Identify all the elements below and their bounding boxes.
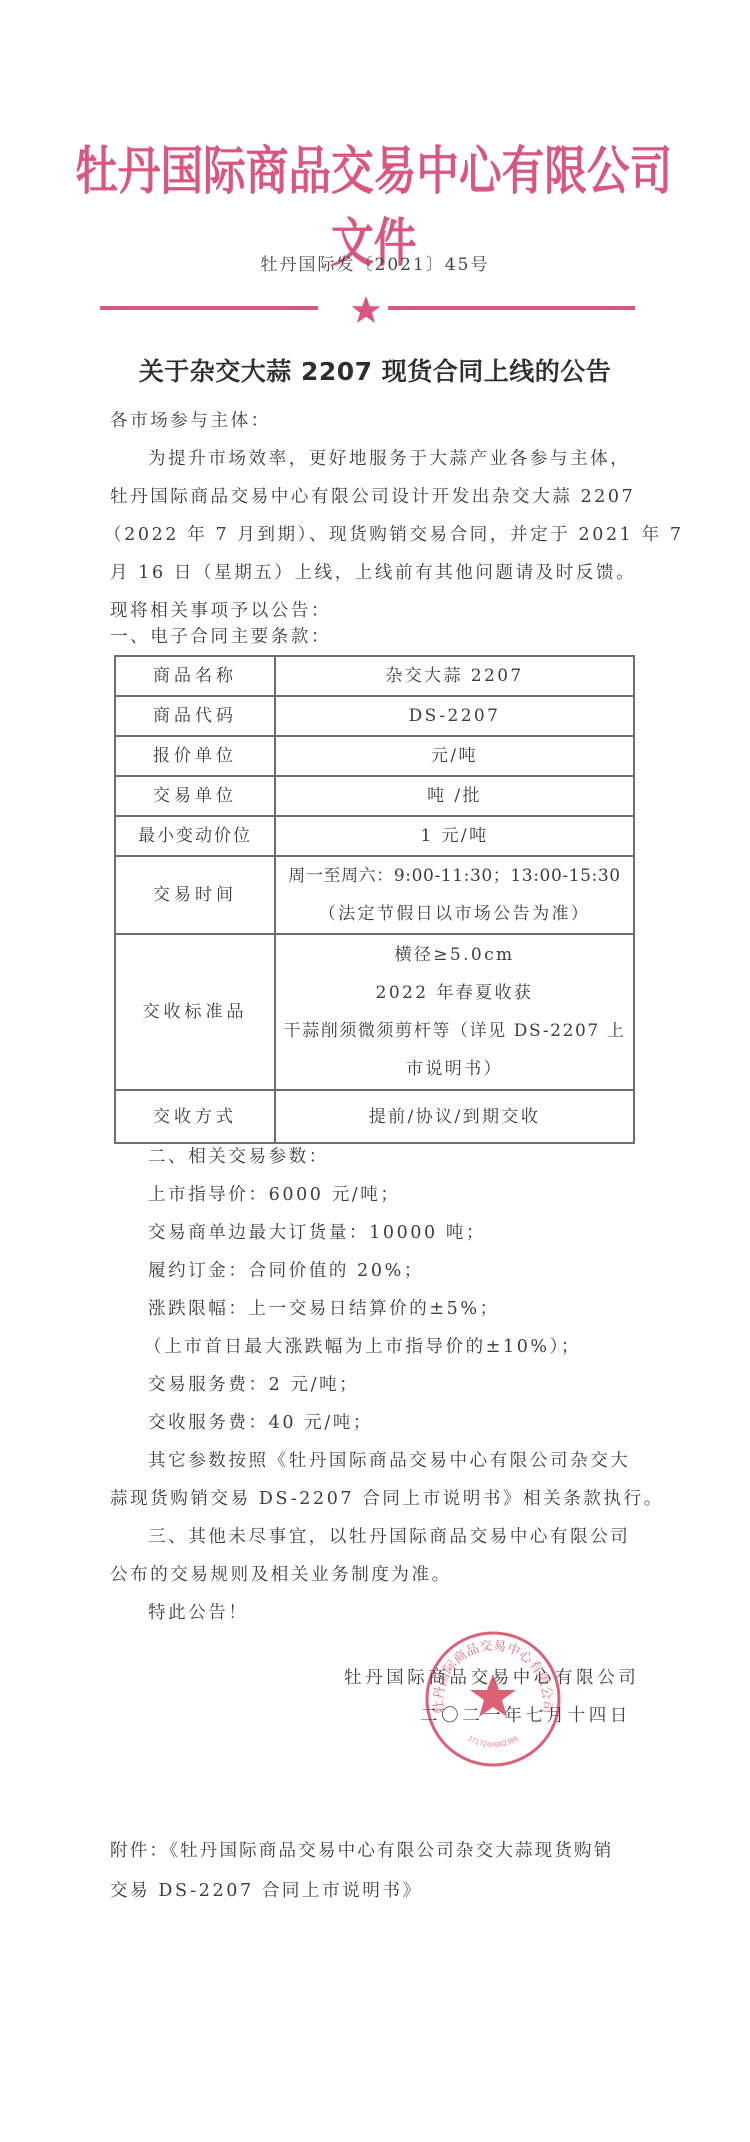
term-label: 商品名称: [115, 656, 275, 696]
term-label: 最小变动价位: [115, 816, 275, 856]
svg-text:3717240002306: 3717240002306: [466, 1734, 520, 1749]
param-item: 上市指导价：6000 元/吨；: [148, 1176, 678, 1214]
intro-line: 为提升市场效率，更好地服务于大蒜产业各参与主体，: [148, 440, 678, 478]
standard-line: 2022 年春夏收获: [276, 974, 633, 1012]
term-label: 交易时间: [115, 856, 275, 934]
standard-line: 干蒜削须微须剪杆等（详见 DS-2207 上: [276, 1012, 633, 1050]
params-note: 其它参数按照《牡丹国际商品交易中心有限公司杂交大: [148, 1442, 678, 1480]
trading-hours: 周一至周六：9:00-11:30；13:00-15:30: [276, 857, 633, 895]
section2-heading: 二、相关交易参数：: [148, 1138, 678, 1176]
notice-title: 关于杂交大蒜 2207 现货合同上线的公告: [0, 352, 750, 388]
term-value: 周一至周六：9:00-11:30；13:00-15:30 （法定节假日以市场公告…: [275, 856, 634, 934]
closing-remark: 特此公告！: [148, 1594, 678, 1632]
term-value: 元/吨: [275, 736, 634, 776]
param-item: 交易服务费：2 元/吨；: [148, 1366, 678, 1404]
signature-org: 牡丹国际商品交易中心有限公司: [344, 1664, 639, 1689]
term-label: 交易单位: [115, 776, 275, 816]
document-number: 牡丹国际发〔2021〕45号: [0, 250, 750, 275]
params-note: 蒜现货购销交易 DS-2207 合同上市说明书》相关条款执行。: [110, 1480, 640, 1518]
term-label: 报价单位: [115, 736, 275, 776]
trading-hours-note: （法定节假日以市场公告为准）: [276, 895, 633, 933]
table-row: 商品名称 杂交大蒜 2207: [115, 656, 634, 696]
table-row: 交易单位 吨 /批: [115, 776, 634, 816]
header-divider-right: [388, 306, 635, 310]
company-seal-icon: 牡丹国际商品交易中心有限公司 3717240002306: [422, 1628, 564, 1770]
section1-heading: 一、电子合同主要条款：: [110, 618, 640, 656]
intro-line: 月 16 日（星期五）上线，上线前有其他问题请及时反馈。: [110, 554, 640, 592]
param-item: 交易商单边最大订货量：10000 吨；: [148, 1214, 678, 1252]
attachment-line: 交易 DS-2207 合同上市说明书》: [110, 1872, 640, 1910]
table-row: 交易时间 周一至周六：9:00-11:30；13:00-15:30 （法定节假日…: [115, 856, 634, 934]
table-row: 交收方式 提前/协议/到期交收: [115, 1090, 634, 1143]
term-value: DS-2207: [275, 696, 634, 736]
term-label: 交收标准品: [115, 934, 275, 1090]
param-item: 涨跌限幅：上一交易日结算价的±5%；: [148, 1290, 678, 1328]
section3-text: 三、其他未尽事宜，以牡丹国际商品交易中心有限公司: [148, 1518, 678, 1556]
standard-line: 市说明书）: [276, 1050, 633, 1088]
contract-terms-table: 商品名称 杂交大蒜 2207 商品代码 DS-2207 报价单位 元/吨 交易单…: [114, 655, 635, 1144]
term-label: 交收方式: [115, 1090, 275, 1143]
term-value: 1 元/吨: [275, 816, 634, 856]
signature-date: 二〇二一年七月十四日: [420, 1702, 631, 1727]
intro-line: 牡丹国际商品交易中心有限公司设计开发出杂交大蒜 2207: [110, 478, 640, 516]
intro-line: （2022 年 7 月到期）、现货购销交易合同，并定于 2021 年 7: [104, 516, 634, 554]
table-row: 商品代码 DS-2207: [115, 696, 634, 736]
term-value: 提前/协议/到期交收: [275, 1090, 634, 1143]
param-item: 交收服务费：40 元/吨；: [148, 1404, 678, 1442]
header-divider-left: [100, 306, 318, 310]
standard-line: 横径≥5.0cm: [276, 936, 633, 974]
param-item: 履约订金：合同价值的 20%；: [148, 1252, 678, 1290]
term-label: 商品代码: [115, 696, 275, 736]
section3-text: 公布的交易规则及相关业务制度为准。: [110, 1556, 640, 1594]
salutation: 各市场参与主体：: [110, 402, 640, 440]
table-row: 交收标准品 横径≥5.0cm 2022 年春夏收获 干蒜削须微须剪杆等（详见 D…: [115, 934, 634, 1090]
seal-number: 3717240002306: [466, 1734, 520, 1749]
table-row: 最小变动价位 1 元/吨: [115, 816, 634, 856]
attachment-line: 附件：《牡丹国际商品交易中心有限公司杂交大蒜现货购销: [110, 1832, 640, 1870]
term-value: 吨 /批: [275, 776, 634, 816]
term-value: 杂交大蒜 2207: [275, 656, 634, 696]
table-row: 报价单位 元/吨: [115, 736, 634, 776]
param-item: （上市首日最大涨跌幅为上市指导价的±10%）；: [144, 1328, 674, 1366]
star-icon: [350, 294, 382, 326]
term-value: 横径≥5.0cm 2022 年春夏收获 干蒜削须微须剪杆等（详见 DS-2207…: [275, 934, 634, 1090]
